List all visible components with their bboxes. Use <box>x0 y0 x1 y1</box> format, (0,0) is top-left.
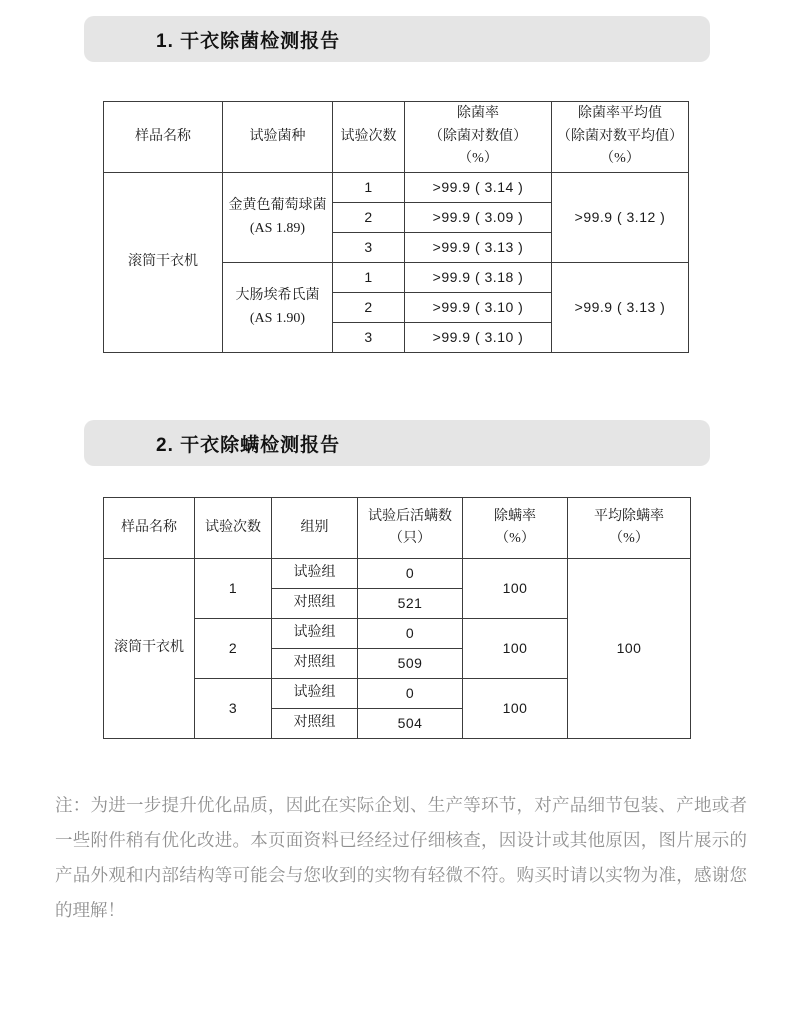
cell-group: 试验组 <box>272 559 358 589</box>
header-mite-removal-avg: 平均除螨率 （%） <box>568 498 691 559</box>
disclaimer-note: 注：为进一步提升优化品质，因此在实际企划、生产等环节，对产品细节包装、产地或者一… <box>55 788 747 928</box>
cell-group: 对照组 <box>272 589 358 619</box>
section-band-mite-report: 2. 干衣除螨检测报告 <box>84 420 710 466</box>
cell-trial-no: 1 <box>333 173 405 203</box>
cell-rate: 100 <box>463 559 568 619</box>
cell-trial-no: 2 <box>333 293 405 323</box>
cell-trial-no: 2 <box>195 619 272 679</box>
table-header-row: 样品名称 试验菌种 试验次数 除菌率 （除菌对数值） （%） 除菌率平均值 （除… <box>104 102 689 173</box>
cell-rate: >99.9 ( 3.18 ) <box>405 263 552 293</box>
cell-rate: >99.9 ( 3.10 ) <box>405 323 552 353</box>
mite-removal-report-table: 样品名称 试验次数 组别 试验后活螨数 （只） 除螨率 （%） 平均除螨率 （%… <box>103 497 691 739</box>
header-sample-name: 样品名称 <box>104 498 195 559</box>
cell-rate-avg: >99.9 ( 3.13 ) <box>552 263 689 353</box>
header-test-strain: 试验菌种 <box>223 102 333 173</box>
cell-trial-no: 2 <box>333 203 405 233</box>
header-trial-count: 试验次数 <box>333 102 405 173</box>
cell-trial-no: 3 <box>333 233 405 263</box>
header-live-mites: 试验后活螨数 （只） <box>358 498 463 559</box>
table-row: 滚筒干衣机 1 试验组 0 100 100 <box>104 559 691 589</box>
cell-mites: 0 <box>358 679 463 709</box>
section-band-germ-report: 1. 干衣除菌检测报告 <box>84 16 710 62</box>
cell-mites: 521 <box>358 589 463 619</box>
cell-rate: >99.9 ( 3.13 ) <box>405 233 552 263</box>
header-germ-removal-avg: 除菌率平均值 （除菌对数平均值） （%） <box>552 102 689 173</box>
germ-removal-report-table: 样品名称 试验菌种 试验次数 除菌率 （除菌对数值） （%） 除菌率平均值 （除… <box>103 101 689 353</box>
section-title-germ-report: 1. 干衣除菌检测报告 <box>84 26 340 53</box>
cell-rate: >99.9 ( 3.09 ) <box>405 203 552 233</box>
cell-group: 试验组 <box>272 679 358 709</box>
product-detail-page: 1. 干衣除菌检测报告 样品名称 试验菌种 试验次数 除菌率 （除菌对数值） （… <box>0 0 790 1011</box>
cell-group: 试验组 <box>272 619 358 649</box>
cell-group: 对照组 <box>272 649 358 679</box>
cell-rate-avg: >99.9 ( 3.12 ) <box>552 173 689 263</box>
header-trial-count: 试验次数 <box>195 498 272 559</box>
cell-sample-name: 滚筒干衣机 <box>104 173 223 353</box>
cell-rate-avg: 100 <box>568 559 691 739</box>
header-sample-name: 样品名称 <box>104 102 223 173</box>
cell-mites: 509 <box>358 649 463 679</box>
cell-sample-name: 滚筒干衣机 <box>104 559 195 739</box>
cell-rate: 100 <box>463 619 568 679</box>
cell-trial-no: 1 <box>333 263 405 293</box>
header-group: 组别 <box>272 498 358 559</box>
cell-rate: 100 <box>463 679 568 739</box>
table-header-row: 样品名称 试验次数 组别 试验后活螨数 （只） 除螨率 （%） 平均除螨率 （%… <box>104 498 691 559</box>
cell-rate: >99.9 ( 3.10 ) <box>405 293 552 323</box>
cell-mites: 504 <box>358 709 463 739</box>
cell-trial-no: 1 <box>195 559 272 619</box>
cell-strain-staph: 金黄色葡萄球菌 (AS 1.89) <box>223 173 333 263</box>
cell-rate: >99.9 ( 3.14 ) <box>405 173 552 203</box>
header-mite-removal-rate: 除螨率 （%） <box>463 498 568 559</box>
cell-strain-ecoli: 大肠埃希氏菌 (AS 1.90) <box>223 263 333 353</box>
cell-trial-no: 3 <box>195 679 272 739</box>
header-germ-removal-rate: 除菌率 （除菌对数值） （%） <box>405 102 552 173</box>
cell-mites: 0 <box>358 619 463 649</box>
cell-group: 对照组 <box>272 709 358 739</box>
cell-mites: 0 <box>358 559 463 589</box>
section-title-mite-report: 2. 干衣除螨检测报告 <box>84 430 340 457</box>
table-row: 滚筒干衣机 金黄色葡萄球菌 (AS 1.89) 1 >99.9 ( 3.14 )… <box>104 173 689 203</box>
cell-trial-no: 3 <box>333 323 405 353</box>
